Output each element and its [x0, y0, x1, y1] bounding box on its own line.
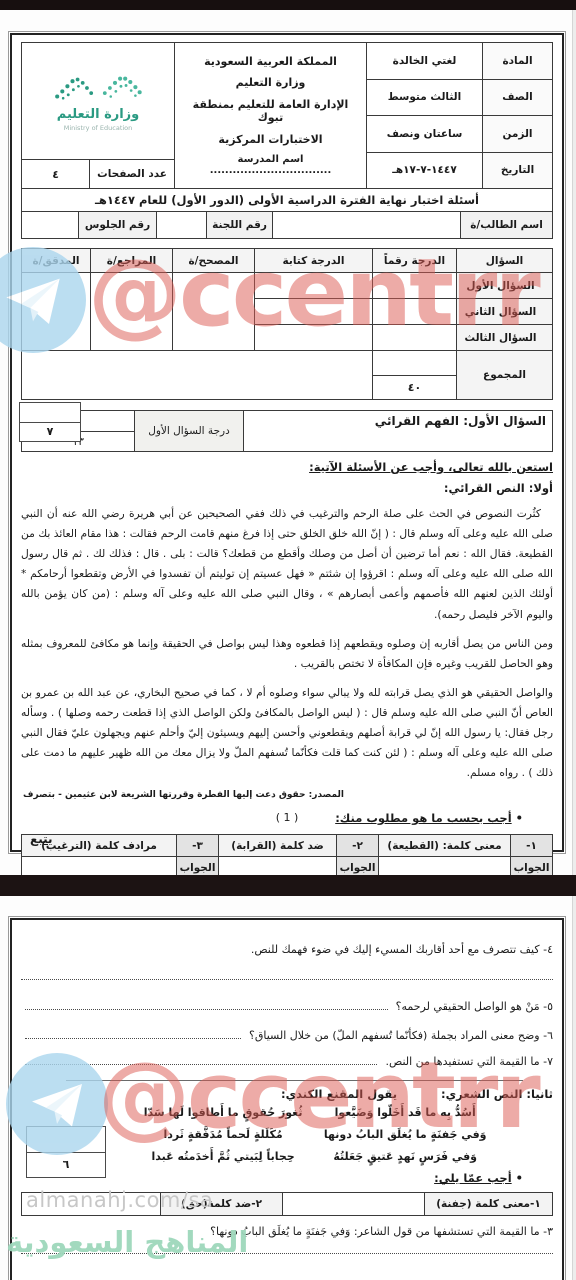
- answer-line-q7: [25, 1064, 377, 1065]
- reading-paragraph-2: ومن الناس من يصل أقاربه إن وصلوه ويقطعهم…: [21, 634, 553, 674]
- student-name-field: [272, 212, 460, 238]
- field-date: التاريخ ١٤٤٧-٧-١٧هـ: [367, 153, 552, 189]
- field-time: الزمن ساعتان ونصف: [367, 116, 552, 153]
- photo-top-edge: [0, 0, 576, 10]
- student-info-row: اسم الطالب/ة رقم اللجنة رقم الجلوس: [21, 212, 553, 239]
- pages-count-label: عدد الصفحات: [89, 160, 174, 188]
- poem-verse-3: وَفي فَرَسٍ نَهدٍ عَتيقٍ جَعَلتُهُ حِجاب…: [141, 1150, 498, 1163]
- question1-header: السؤال الأول: الفهم القرائي درجة السؤال …: [21, 410, 553, 452]
- verse-3-first-hemistich: وَفي فَرَسٍ نَهدٍ عَتيقٍ جَعَلتُهُ: [312, 1150, 498, 1163]
- poet-intro: يقول المقنع الكندي:: [281, 1087, 397, 1101]
- reading-score-box: ٧: [19, 402, 81, 442]
- continued-label: يتبع: [30, 832, 53, 846]
- total-label: المجموع: [457, 351, 553, 400]
- verse-1-second-hemistich: ثُغورَ حُقوقٍ ما أَطاقوا لَها سَدّا: [141, 1106, 305, 1119]
- answer-line-poetry-q3: [21, 1253, 553, 1254]
- poetry-prompt-text: أجب عمّا يلي:: [434, 1171, 512, 1185]
- question1-score-label: درجة السؤال الأول: [134, 411, 244, 451]
- page-number: ( 1 ): [12, 811, 562, 824]
- grades-table: السؤال الدرجة رقماً الدرجة كتابة المصحح/…: [21, 248, 553, 400]
- school-name-line: اسم المدرسة ............................…: [179, 154, 362, 176]
- pages-count-row: عدد الصفحات ٤: [22, 159, 174, 188]
- answer-line-q5: [25, 1009, 388, 1010]
- row-label-q3: السؤال الثالث: [457, 325, 553, 351]
- col-reviewer: المراجع/ة: [91, 249, 173, 273]
- total-merged-blank: [22, 351, 373, 400]
- q2-grade-num-cell: [373, 299, 457, 325]
- ministry-logo-icon: [46, 71, 150, 105]
- exam-page-2: ٤- كيف تتصرف مع أحد أقاربك المسيء إليك ف…: [10, 918, 564, 1280]
- poetry-answer-cell-2: [22, 1193, 161, 1216]
- q1-grade-text-cell: [255, 273, 373, 299]
- vocab-num-3: ٣-: [177, 835, 219, 857]
- question-5-text: ٥- مَنْ هو الواصل الحقيقي لرحمه؟: [396, 1000, 553, 1013]
- vocab-num-1: ١-: [511, 835, 553, 857]
- col-grade-text: الدرجة كتابة: [255, 249, 373, 273]
- exam-header: المادة لغتي الخالدة الصف الثالث متوسط ال…: [21, 42, 553, 189]
- logo-column: وزارة التعليم Ministry of Education عدد …: [22, 43, 174, 188]
- poetry-section-header: ثانيا: النص الشعري: يقول المقنع الكندي:: [21, 1087, 553, 1101]
- poem-verse-2: وَفي جَفنَةٍ ما يُغلَق البابُ دونها مُكَ…: [141, 1128, 498, 1141]
- date-value: ١٤٤٧-٧-١٧هـ: [367, 153, 482, 189]
- poetry-vocab-label-1: ١-معنى كلمة (جفنة): [425, 1193, 553, 1216]
- logo-title: وزارة التعليم: [57, 107, 140, 122]
- poetry-score-value: ٦: [27, 1152, 105, 1178]
- total-value-cell: ٤٠: [373, 351, 457, 400]
- question-7: ٧- ما القيمة التي تستفيدها من النص.: [21, 1055, 553, 1068]
- score-blank-cell: [20, 403, 80, 422]
- row-label-q1: السؤال الأول: [457, 273, 553, 299]
- vocab-header-row: ١- معنى كلمة: (القطيعة) ٢- ضد كلمة (القر…: [22, 835, 553, 857]
- poetry-vocab-row: ١-معنى كلمة (جفنة) ٢-ضد كلمة(حق): [22, 1193, 553, 1216]
- col-corrector: المصحح/ة: [173, 249, 255, 273]
- poetry-score-box: ٦: [26, 1126, 106, 1178]
- committee-field: [156, 212, 206, 238]
- field-grade: الصف الثالث متوسط: [367, 80, 552, 117]
- poetry-vocab-table: ١-معنى كلمة (جفنة) ٢-ضد كلمة(حق): [21, 1192, 553, 1216]
- field-subject: المادة لغتي الخالدة: [367, 43, 552, 80]
- score-blank-cell: [27, 1127, 105, 1152]
- pages-count-value: ٤: [22, 160, 89, 188]
- question-6-text: ٦- وضح معنى المراد بجملة (فكأنّما تُسفهم…: [249, 1029, 553, 1042]
- reviewer-cell: [91, 273, 173, 351]
- question1-title: السؤال الأول: الفهم القرائي: [244, 411, 552, 451]
- col-question: السؤال: [457, 249, 553, 273]
- total-value: ٤٠: [373, 375, 456, 400]
- page-separator-bar: [0, 875, 576, 896]
- student-name-label: اسم الطالب/ة: [460, 212, 552, 238]
- reading-paragraph-3: والواصل الحقيقي هو الذي يصل قرابته لله و…: [21, 683, 553, 784]
- q2-grade-text-cell: [255, 299, 373, 325]
- total-blank-cell: [373, 351, 456, 375]
- poetry-question-3: ٣- ما القيمة التي تستشفها من قول الشاعر:…: [21, 1225, 553, 1238]
- poetry-vocab-label-2: ٢-ضد كلمة(حق): [161, 1193, 283, 1216]
- row-label-q2: السؤال الثاني: [457, 299, 553, 325]
- ministry-heading: المملكة العربية السعودية وزارة التعليم ا…: [174, 43, 366, 188]
- subject-label: المادة: [482, 43, 552, 79]
- verse-1-first-hemistich: أَسُدُّ بِه ما قَد أَخَلّوا وَضَيَّعوا: [312, 1106, 498, 1119]
- exam-instruction: استعن بالله تعالى، وأجب عن الأسئلة الآتي…: [21, 460, 553, 474]
- exam-page-1: المادة لغتي الخالدة الصف الثالث متوسط ال…: [10, 33, 564, 852]
- grades-row-q1: السؤال الأول: [22, 273, 553, 299]
- org-line-central-exams: الاختبارات المركزية: [179, 133, 362, 146]
- col-grade-num: الدرجة رقماً: [373, 249, 457, 273]
- vocab-num-2: ٢-: [337, 835, 379, 857]
- answer-line-q4: [21, 979, 553, 980]
- poetry-answer-cell-1: [283, 1193, 425, 1216]
- time-value: ساعتان ونصف: [367, 116, 482, 152]
- ministry-logo: وزارة التعليم Ministry of Education: [22, 43, 174, 159]
- grade-value: الثالث متوسط: [367, 80, 482, 116]
- section-divider-line: [66, 1080, 523, 1081]
- seat-number-field: [22, 212, 78, 238]
- answer-line-q6: [25, 1038, 241, 1039]
- subject-value: لغتي الخالدة: [367, 43, 482, 79]
- time-label: الزمن: [482, 116, 552, 152]
- vocab-table: ١- معنى كلمة: (القطيعة) ٢- ضد كلمة (القر…: [21, 834, 553, 879]
- exam-title: أسئلة اختبار نهاية الفترة الدراسية الأول…: [21, 189, 553, 212]
- corrector-cell: [173, 273, 255, 351]
- question-5: ٥- مَنْ هو الواصل الحقيقي لرحمه؟: [21, 1000, 553, 1013]
- exam-info-table: المادة لغتي الخالدة الصف الثالث متوسط ال…: [366, 43, 552, 188]
- org-line-ministry: وزارة التعليم: [179, 76, 362, 89]
- photo-right-edge: [572, 0, 576, 1280]
- seat-number-label: رقم الجلوس: [78, 212, 156, 238]
- question-7-text: ٧- ما القيمة التي تستفيدها من النص.: [385, 1055, 553, 1068]
- reading-text-label: أولا: النص القرائي:: [21, 481, 553, 495]
- question-4: ٤- كيف تتصرف مع أحد أقاربك المسيء إليك ف…: [21, 943, 553, 956]
- reading-score-value: ٧: [20, 422, 80, 442]
- question-6: ٦- وضح معنى المراد بجملة (فكأنّما تُسفهم…: [21, 1029, 553, 1042]
- committee-label: رقم اللجنة: [206, 212, 272, 238]
- logo-subtitle: Ministry of Education: [64, 124, 133, 132]
- q3-grade-text-cell: [255, 325, 373, 351]
- exam-document: { "header": { "fields": [ { "label": "ال…: [0, 0, 576, 1280]
- grades-total-row: المجموع ٤٠: [22, 351, 553, 400]
- org-line-directorate: الإدارة العامة للتعليم بمنطقة تبوك: [179, 98, 362, 124]
- org-line-country: المملكة العربية السعودية: [179, 55, 362, 68]
- grades-header-row: السؤال الدرجة رقماً الدرجة كتابة المصحح/…: [22, 249, 553, 273]
- q1-grade-num-cell: [373, 273, 457, 299]
- vocab-label-1: معنى كلمة: (القطيعة): [379, 835, 511, 857]
- reading-paragraph-1: كثُرت النصوص في الحث على صلة الرحم والتر…: [21, 504, 553, 625]
- poem-block: أَسُدُّ بِه ما قَد أَخَلّوا وَضَيَّعوا ث…: [141, 1106, 498, 1163]
- q3-grade-num-cell: [373, 325, 457, 351]
- date-label: التاريخ: [482, 153, 552, 189]
- verse-3-second-hemistich: حِجاباً لِبَيتي ثُمَّ أَخدَمتُه عَبدا: [141, 1150, 305, 1163]
- col-auditor: المدقق/ة: [22, 249, 91, 273]
- vocab-label-2: ضد كلمة (القرابة): [219, 835, 337, 857]
- grade-label: الصف: [482, 80, 552, 116]
- text-source-line: المصدر: حقوق دعت إليها الفطرة وقررتها ال…: [21, 790, 553, 800]
- poem-verse-1: أَسُدُّ بِه ما قَد أَخَلّوا وَضَيَّعوا ث…: [141, 1106, 498, 1119]
- poetry-section-title: ثانيا: النص الشعري:: [441, 1087, 553, 1101]
- verse-2-second-hemistich: مُكَلَلةٍ لَحماً مُدَفَّقةٍ ثَردا: [141, 1128, 305, 1141]
- verse-2-first-hemistich: وَفي جَفنَةٍ ما يُغلَق البابُ دونها: [312, 1128, 498, 1141]
- auditor-cell: [22, 273, 91, 351]
